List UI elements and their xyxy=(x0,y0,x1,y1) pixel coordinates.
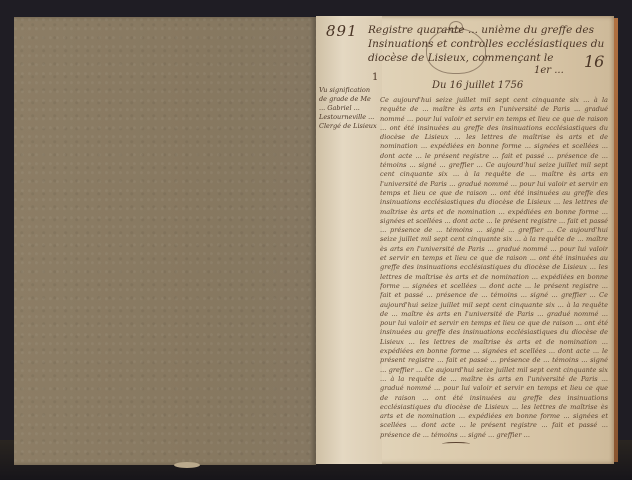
title-line-2: Insinuations et controlles ecclésiastiqu… xyxy=(368,38,604,50)
cover-tear xyxy=(174,462,200,468)
page-number: 16 xyxy=(584,52,604,71)
date-heading: Du 16 juillet 1756 xyxy=(432,80,523,91)
page-mark: 1 xyxy=(372,72,378,83)
register-cover xyxy=(14,17,316,465)
page-gutter xyxy=(316,16,382,464)
page-edge xyxy=(614,18,618,462)
margin-note: Vu signification de grade de Me ... Gabr… xyxy=(319,86,379,131)
register-page: 891 Registre quarante ... unième du gref… xyxy=(316,16,614,464)
body-text: Ce aujourd'hui seize juillet mil sept ce… xyxy=(380,96,608,456)
closing-flourish-icon xyxy=(442,442,470,446)
title-line-1: Registre quarante ... unième du greffe d… xyxy=(368,24,594,36)
title-line-4: 1er ... xyxy=(534,65,564,76)
folio-number: 891 xyxy=(326,22,358,40)
title-line-3: diocèse de Lisieux, commençant le xyxy=(368,52,553,64)
body-paragraph: Ce aujourd'hui seize juillet mil sept ce… xyxy=(380,96,608,440)
